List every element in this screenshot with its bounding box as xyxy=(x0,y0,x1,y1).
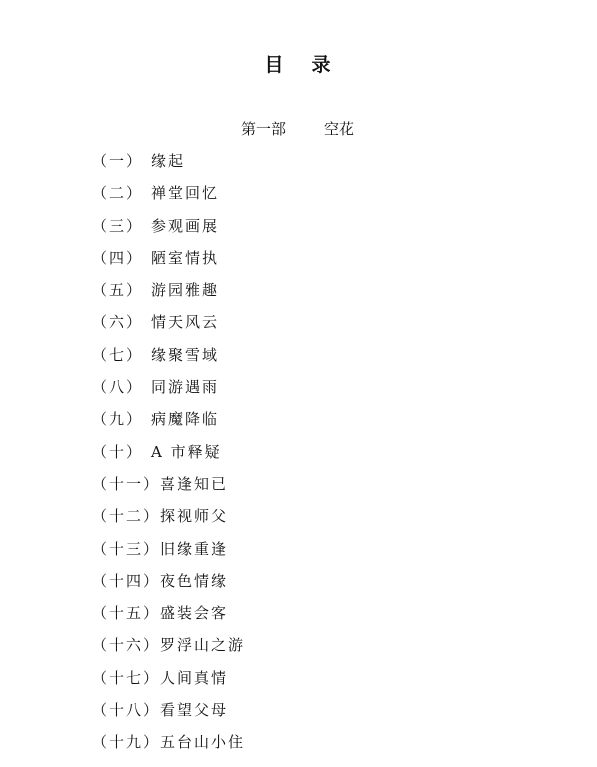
toc-entry-number: （十一） xyxy=(92,473,160,495)
toc-entry-number: （十三） xyxy=(92,538,160,560)
toc-entry[interactable]: （十六）罗浮山之游 xyxy=(92,634,542,666)
part-name: 空花 xyxy=(324,120,354,138)
toc-entry-title: 罗浮山之游 xyxy=(160,634,245,656)
toc-entry-number: （七） xyxy=(92,344,143,366)
table-of-contents: （一）缘起 （二）禅堂回忆 （三）参观画展 （四）陋室情执 （五）游园雅趣 （六… xyxy=(92,150,542,764)
toc-entry-number: （十九） xyxy=(92,731,160,753)
toc-entry-number: （一） xyxy=(92,150,143,172)
toc-entry[interactable]: （八）同游遇雨 xyxy=(92,376,542,408)
toc-entry[interactable]: （十七）人间真情 xyxy=(92,667,542,699)
toc-entry-title: 同游遇雨 xyxy=(151,376,219,398)
toc-entry-number: （十） xyxy=(92,441,143,463)
toc-entry-title: 陋室情执 xyxy=(151,247,219,269)
toc-entry-title: 盛装会客 xyxy=(160,602,228,624)
toc-entry[interactable]: （十五）盛装会客 xyxy=(92,602,542,634)
toc-entry-title: 喜逢知已 xyxy=(160,473,228,495)
toc-entry-title: 看望父母 xyxy=(160,699,228,721)
toc-entry[interactable]: （九）病魔降临 xyxy=(92,408,542,440)
part-heading: 第一部空花 xyxy=(241,118,354,139)
toc-entry[interactable]: （十四）夜色情缘 xyxy=(92,570,542,602)
toc-entry-number: （十五） xyxy=(92,602,160,624)
toc-entry-title: 缘起 xyxy=(151,150,185,172)
toc-entry-number: （六） xyxy=(92,311,143,333)
toc-entry[interactable]: （十一）喜逢知已 xyxy=(92,473,542,505)
toc-entry-number: （十八） xyxy=(92,699,160,721)
toc-entry[interactable]: （二）禅堂回忆 xyxy=(92,182,542,214)
toc-entry-title: 病魔降临 xyxy=(151,408,219,430)
toc-entry[interactable]: （六）情天风云 xyxy=(92,311,542,343)
toc-entry[interactable]: （十二）探视师父 xyxy=(92,505,542,537)
toc-entry-number: （十二） xyxy=(92,505,160,527)
toc-entry-number: （十四） xyxy=(92,570,160,592)
toc-entry-title: 人间真情 xyxy=(160,667,228,689)
toc-entry-number: （九） xyxy=(92,408,143,430)
toc-entry-number: （十六） xyxy=(92,634,160,656)
toc-entry[interactable]: （一）缘起 xyxy=(92,150,542,182)
toc-entry[interactable]: （五）游园雅趣 xyxy=(92,279,542,311)
toc-entry-title: A 市释疑 xyxy=(151,441,222,463)
toc-entry-title: 旧缘重逢 xyxy=(160,538,228,560)
toc-entry-title: 五台山小住 xyxy=(160,731,245,753)
toc-entry[interactable]: （四）陋室情执 xyxy=(92,247,542,279)
toc-entry-title: 缘聚雪域 xyxy=(151,344,219,366)
toc-entry-title: 夜色情缘 xyxy=(160,570,228,592)
toc-entry[interactable]: （十八）看望父母 xyxy=(92,699,542,731)
toc-entry-number: （五） xyxy=(92,279,143,301)
toc-entry[interactable]: （十）A 市释疑 xyxy=(92,441,542,473)
toc-entry[interactable]: （十九）五台山小住 xyxy=(92,731,542,763)
toc-entry-title: 游园雅趣 xyxy=(151,279,219,301)
toc-entry-number: （四） xyxy=(92,247,143,269)
page-title-char-1: 目 xyxy=(264,54,285,76)
toc-entry-number: （八） xyxy=(92,376,143,398)
toc-entry-number: （十七） xyxy=(92,667,160,689)
part-label: 第一部 xyxy=(241,120,286,138)
toc-entry[interactable]: （七）缘聚雪域 xyxy=(92,344,542,376)
toc-entry[interactable]: （十三）旧缘重逢 xyxy=(92,538,542,570)
toc-entry-title: 情天风云 xyxy=(151,311,219,333)
toc-entry-title: 禅堂回忆 xyxy=(151,182,219,204)
page-title: 目录 xyxy=(0,50,597,77)
toc-entry[interactable]: （三）参观画展 xyxy=(92,215,542,247)
toc-entry-number: （二） xyxy=(92,182,143,204)
toc-entry-number: （三） xyxy=(92,215,143,237)
toc-entry-title: 参观画展 xyxy=(151,215,219,237)
toc-entry-title: 探视师父 xyxy=(160,505,228,527)
page-title-char-2: 录 xyxy=(312,54,333,76)
